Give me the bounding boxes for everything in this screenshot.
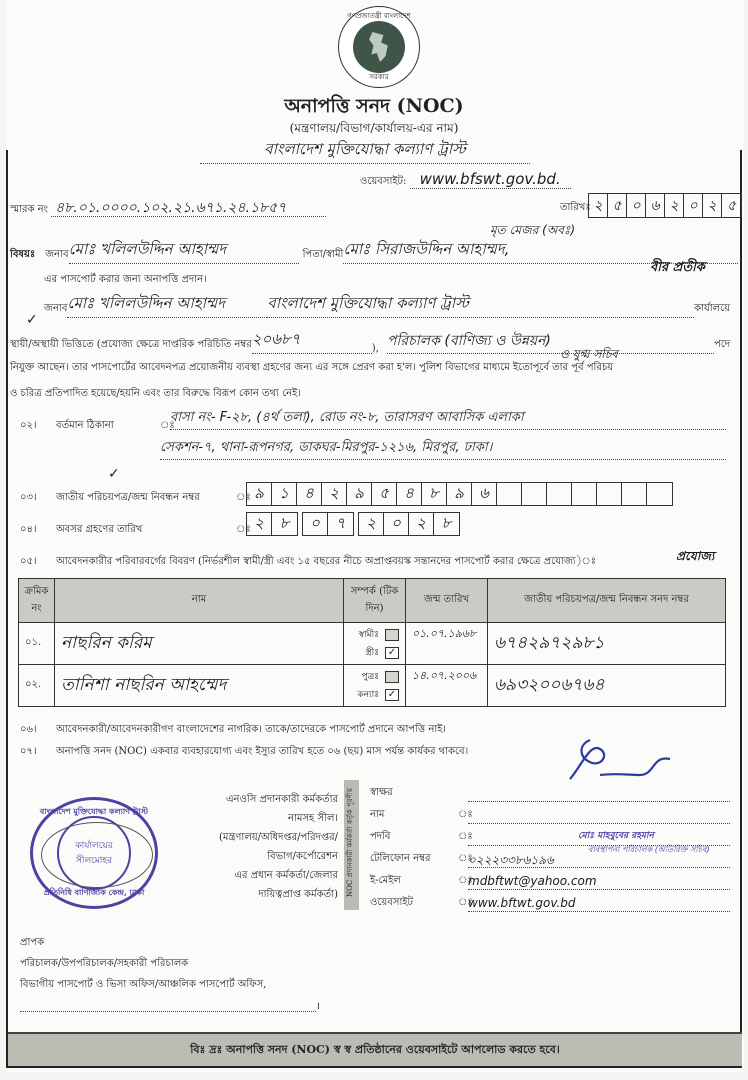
official-field-row: ওয়েবসাইটঃwww.bftwt.gov.bd <box>370 890 730 912</box>
retire-date-group: ২৮ <box>246 512 298 536</box>
subject-line2: এর পাসপোর্ট করার জন্য অনাপত্তি প্রদান। <box>44 272 207 289</box>
body-name: মোঃ খলিলউদ্দিন আহাম্মদ <box>67 292 267 318</box>
nid-label: জাতীয় পরিচয়পত্র/জন্ম নিবন্ধন নম্বর <box>56 490 200 507</box>
official-description-line: নামসহ সীল। <box>170 809 338 828</box>
col-dob: জন্ম তারিখ <box>406 579 488 623</box>
nid-digit <box>597 483 622 505</box>
family-note: প্রযোজ্য <box>676 548 714 568</box>
item-07-number: ০৭। <box>20 744 37 761</box>
official-description-line: (মন্ত্রণালয়/অধিদপ্তর/পরিদপ্তর/ <box>170 828 338 847</box>
body-para2: ও চরিত্র প্রতিপাদিত হয়েছে/হয়নি এবং তার… <box>10 386 301 403</box>
office-seal: বাংলাদেশ মুক্তিযোদ্ধা কল্যাণ ট্রাস্ট কার… <box>30 797 158 909</box>
official-field-row: নামঃ <box>370 802 730 824</box>
nid-digit <box>572 483 597 505</box>
mr-label: জনাব <box>45 247 68 264</box>
field-label: নাম <box>370 807 458 824</box>
page-subtitle: (মন্ত্রণালয়/বিভাগ/কার্যালয়-এর নাম) <box>0 120 748 140</box>
recipient-line2: বিভাগীয় পাসপোর্ট ও ভিসা অফিস/আঞ্চলিক পা… <box>20 977 266 994</box>
nid-digit: ৮ <box>422 483 447 505</box>
official-description-line: এনওসি প্রদানকারী কর্মকর্তার <box>170 790 338 809</box>
field-label: টেলিফোন নম্বর <box>370 851 458 868</box>
field-value <box>468 786 730 802</box>
retire-date-group: ০৭ <box>302 512 354 536</box>
subject-name: মোঃ খলিলউদ্দিন আহাম্মদ <box>69 238 299 264</box>
memo-label: স্মারক নং <box>10 204 48 215</box>
field-label: ই-মেইল <box>370 873 458 890</box>
official-description: এনওসি প্রদানকারী কর্মকর্তারনামসহ সীল।(মন… <box>170 790 338 904</box>
post-suffix: পদে <box>714 337 730 354</box>
col-relation: সম্পর্ক (টিক দিন) <box>344 579 406 623</box>
family-label: আবেদনকারীর পরিবারবর্গের বিবরণ (নির্ভরশীল… <box>56 554 596 571</box>
date-digit: ২ <box>589 194 608 217</box>
retire-digit: ৮ <box>272 513 297 535</box>
nid-digit: ৪ <box>297 483 322 505</box>
official-field-row: ই-মেইলঃmdbftwt@yahoo.com <box>370 868 730 890</box>
retire-digit: ৮ <box>434 513 459 535</box>
recipient-line3: । <box>20 998 320 1012</box>
nid-cell: ৬৯৩২০০৬৭৬৪ <box>488 665 726 707</box>
item-05-number: ০৫। <box>20 554 37 571</box>
date-digit: ২ <box>665 194 684 217</box>
retire-digit: ২ <box>409 513 434 535</box>
nid-digit: ১ <box>272 483 297 505</box>
official-description-line: এর প্রধান কর্মকর্তা/জেলার <box>170 866 338 885</box>
closing-paren: ), <box>372 343 379 354</box>
seal-bottom-text: প্রতিনিধি বাণিজ্যিক কেন্দ্র, ঢাকা <box>33 887 155 900</box>
subject-row: বিষয়ঃ জনাব মোঃ খলিলউদ্দিন আহাম্মদ পিতা/… <box>10 238 738 264</box>
check-mark-icon: ✓ <box>26 312 38 328</box>
nid-digit: ৯ <box>247 483 272 505</box>
name-cell: নাছরিন করিম <box>55 623 344 665</box>
retire-date-boxes: ২৮০৭২০২৮ <box>246 512 464 536</box>
emblem-bottom-text: সরকার <box>339 71 419 83</box>
relation-cell: পুত্রঃকন্যাঃ✓ <box>344 665 406 707</box>
recipient-line-end: । <box>316 998 320 1012</box>
field-value: মোঃ মাহবুবের রহমানব্যবস্থাপনা পরিচালক (অ… <box>468 830 730 846</box>
emblem-top-text: গণপ্রজাতন্ত্রী বাংলাদেশ <box>339 10 419 22</box>
memo-row: স্মারক নং ৪৮.০১.০০০০.১০২.২১.৬৭১.২৪.১৮৫৭ <box>10 196 326 220</box>
field-label: ওয়েবসাইট <box>370 895 458 912</box>
retire-digit: ০ <box>303 513 328 535</box>
website-label: ওয়েবসাইট: <box>360 176 406 187</box>
field-label: পদবি <box>370 829 458 846</box>
nid-boxes: ৯১৪২৯৫৪৮৯৬ <box>246 482 673 506</box>
relation-a-label: স্বামীঃ <box>359 627 379 642</box>
table-row: ০১.নাছরিন করিমস্বামীঃস্ত্রীঃ✓০১.০৭.১৯৬৮৬… <box>19 623 726 665</box>
noc-vertical-strip: NOC প্রদানকারী কর্মকর্তা কর্তৃক পূরণীয় <box>344 780 359 910</box>
field-colon: ঃ <box>458 873 468 890</box>
website-row: ওয়েবসাইট: www.bfswt.gov.bd. <box>360 170 571 191</box>
date-label: তারিখঃ <box>560 200 591 217</box>
dob-cell: ০১.০৭.১৯৬৮ <box>406 623 488 665</box>
relation-cell: স্বামীঃস্ত্রীঃ✓ <box>344 623 406 665</box>
official-field-row: পদবিঃমোঃ মাহবুবের রহমানব্যবস্থাপনা পরিচা… <box>370 824 730 846</box>
nid-digit <box>522 483 547 505</box>
field-colon: ঃ <box>458 895 468 912</box>
retire-date-group: ২০২৮ <box>358 512 460 536</box>
father-label: পিতা/স্বামী <box>303 247 344 264</box>
serial-cell: ০২. <box>19 665 55 707</box>
field-colon: ঃ <box>458 807 468 824</box>
seal-top-text: বাংলাদেশ মুক্তিযোদ্ধা কল্যাণ ট্রাস্ট <box>33 806 155 819</box>
nid-digit: ৪ <box>397 483 422 505</box>
footer-note: বিঃ দ্রঃ অনাপত্তি সনদ (NOC) স্ব স্ব প্রত… <box>8 1032 742 1066</box>
address-line2: সেকশন-৭, থানা-রূপনগর, ডাকঘর-মিরপুর-১২১৬,… <box>160 438 726 460</box>
seal-ring <box>41 822 153 888</box>
bangladesh-map-icon <box>368 32 390 62</box>
father-suffix: বীর প্রতীক <box>650 258 705 279</box>
official-id: ২০৬৮৭ <box>252 328 372 354</box>
website-value: www.bfswt.gov.bd. <box>410 170 571 189</box>
nid-digit <box>622 483 647 505</box>
field-label: স্বাক্ষর <box>370 785 458 802</box>
item-02-number: ০২। <box>20 418 37 435</box>
address-label: বর্তমান ঠিকানা <box>56 418 114 435</box>
relation-a-checkbox[interactable] <box>385 629 399 641</box>
relation-a-checkbox[interactable] <box>385 671 399 683</box>
relation-b-checkbox[interactable]: ✓ <box>385 647 399 659</box>
nid-digit: ৯ <box>347 483 372 505</box>
field-value <box>468 808 730 824</box>
official-description-line: বিভাগ/কর্পোরেশন <box>170 847 338 866</box>
date-boxes: ২ ৫ ০ ৬ ২ ০ ২ ৫ <box>588 193 742 218</box>
date-digit: ০ <box>684 194 703 217</box>
note-07: অনাপত্তি সনদ (NOC) একবার ব্যবহারযোগ্য এব… <box>56 744 468 761</box>
recipient-blank <box>20 1000 316 1012</box>
retire-digit: ২ <box>359 513 384 535</box>
post-value: পরিচালক (বাণিজ্য ও উন্নয়ন) <box>387 329 714 354</box>
nid-digit: ৫ <box>372 483 397 505</box>
basis-text: স্থায়ী/অস্থায়ী ভিত্তিতে (প্রযোজ্য ক্ষে… <box>10 337 252 354</box>
retire-label: অবসর গ্রহণের তারিখ <box>56 522 142 539</box>
field-value-text: mdbftwt@yahoo.com <box>468 874 597 888</box>
serial-cell: ০১. <box>19 623 55 665</box>
official-description-line: দায়িত্বপ্রাপ্ত কর্মকর্তা) <box>170 885 338 904</box>
family-table: ক্রমিক নং নাম সম্পর্ক (টিক দিন) জন্ম তার… <box>18 578 726 707</box>
dob-cell: ১৪.০৭.২০০৬ <box>406 665 488 707</box>
col-serial: ক্রমিক নং <box>19 579 55 623</box>
official-fields: স্বাক্ষরনামঃপদবিঃমোঃ মাহবুবের রহমানব্যবস… <box>370 780 730 912</box>
date-digit: ২ <box>703 194 722 217</box>
body-para1: নিযুক্ত আছেন। তার পাসপোর্টের আবেদনপত্র প… <box>10 360 613 377</box>
signature-scribble <box>560 735 680 785</box>
field-value: mdbftwt@yahoo.com <box>468 874 730 890</box>
office-suffix: কার্যালয়ে <box>694 301 730 318</box>
nid-cell: ৬৭৪২৯৭২৯৮১ <box>488 623 726 665</box>
subject-label: বিষয়ঃ <box>10 247 35 264</box>
address-line1: বাসা নং- F-২৮, (৪র্থ তলা), রোড নং-৮, তার… <box>170 408 726 430</box>
retire-digit: ৭ <box>328 513 353 535</box>
recipient-line1: পরিচালক/উপপরিচালক/সহকারী পরিচালক <box>20 956 188 973</box>
government-emblem: গণপ্রজাতন্ত্রী বাংলাদেশ সরকার <box>338 6 420 88</box>
item-06-number: ০৬। <box>20 722 37 739</box>
relation-b-label: কন্যাঃ <box>357 687 379 702</box>
retire-digit: ০ <box>384 513 409 535</box>
field-value: www.bftwt.gov.bd <box>468 896 730 912</box>
field-value-text: www.bftwt.gov.bd <box>468 896 576 910</box>
note-06: আবেদনকারী/আবেদনকারীগণ বাংলাদেশের নাগরিক।… <box>56 722 446 739</box>
nid-digit: ৯ <box>447 483 472 505</box>
nid-digit <box>547 483 572 505</box>
body-row2: স্থায়ী/অস্থায়ী ভিত্তিতে (প্রযোজ্য ক্ষে… <box>10 328 730 354</box>
official-field-row: স্বাক্ষর <box>370 780 730 802</box>
col-nid: জাতীয় পরিচয়পত্র/জন্ম নিবন্ধন সনদ নম্বর <box>488 579 726 623</box>
relation-b-checkbox[interactable]: ✓ <box>385 689 399 701</box>
field-colon: ঃ <box>458 851 468 868</box>
relation-a-label: পুত্রঃ <box>361 669 379 684</box>
date-digit: ৫ <box>608 194 627 217</box>
name-cell: তানিশা নাছরিন আহম্মেদ <box>55 665 344 707</box>
date-digit: ৫ <box>722 194 741 217</box>
stamp-name: মোঃ মাহবুবের রহমান <box>578 828 654 843</box>
mr-label: জনাব <box>44 301 67 318</box>
body-office: বাংলাদেশ মুক্তিযোদ্ধা কল্যাণ ট্রাস্ট <box>267 292 694 318</box>
nid-digit: ২ <box>322 483 347 505</box>
date-digit: ০ <box>627 194 646 217</box>
field-colon: ঃ <box>458 829 468 846</box>
check-mark-icon: ✓ <box>108 466 120 482</box>
field-value: ০২২২৩৩৮৬১৯৬ <box>468 852 730 868</box>
table-row: ০২.তানিশা নাছরিন আহম্মেদপুত্রঃকন্যাঃ✓১৪.… <box>19 665 726 707</box>
relation-b-label: স্ত্রীঃ <box>365 645 379 660</box>
date-digit: ৬ <box>646 194 665 217</box>
retire-digit: ২ <box>247 513 272 535</box>
table-header-row: ক্রমিক নং নাম সম্পর্ক (টিক দিন) জন্ম তার… <box>19 579 726 623</box>
nid-digit: ৬ <box>472 483 497 505</box>
body-row1: জনাব মোঃ খলিলউদ্দিন আহাম্মদ বাংলাদেশ মুক… <box>44 292 730 318</box>
recipient-label: প্রাপক <box>20 935 44 952</box>
nid-digit <box>497 483 522 505</box>
item-03-number: ০৩। <box>20 490 37 507</box>
item-04-number: ০৪। <box>20 522 37 539</box>
col-name: নাম <box>55 579 344 623</box>
memo-number: ৪৮.০১.০০০০.১০২.২১.৬৭১.২৪.১৮৫৭ <box>51 200 326 217</box>
nid-digit <box>647 483 672 505</box>
field-value-text: ০২২২৩৩৮৬১৯৬ <box>468 853 554 867</box>
emblem-center <box>353 21 405 73</box>
organization-name: বাংলাদেশ মুক্তিযোদ্ধা কল্যাণ ট্রাস্ট <box>200 138 530 164</box>
